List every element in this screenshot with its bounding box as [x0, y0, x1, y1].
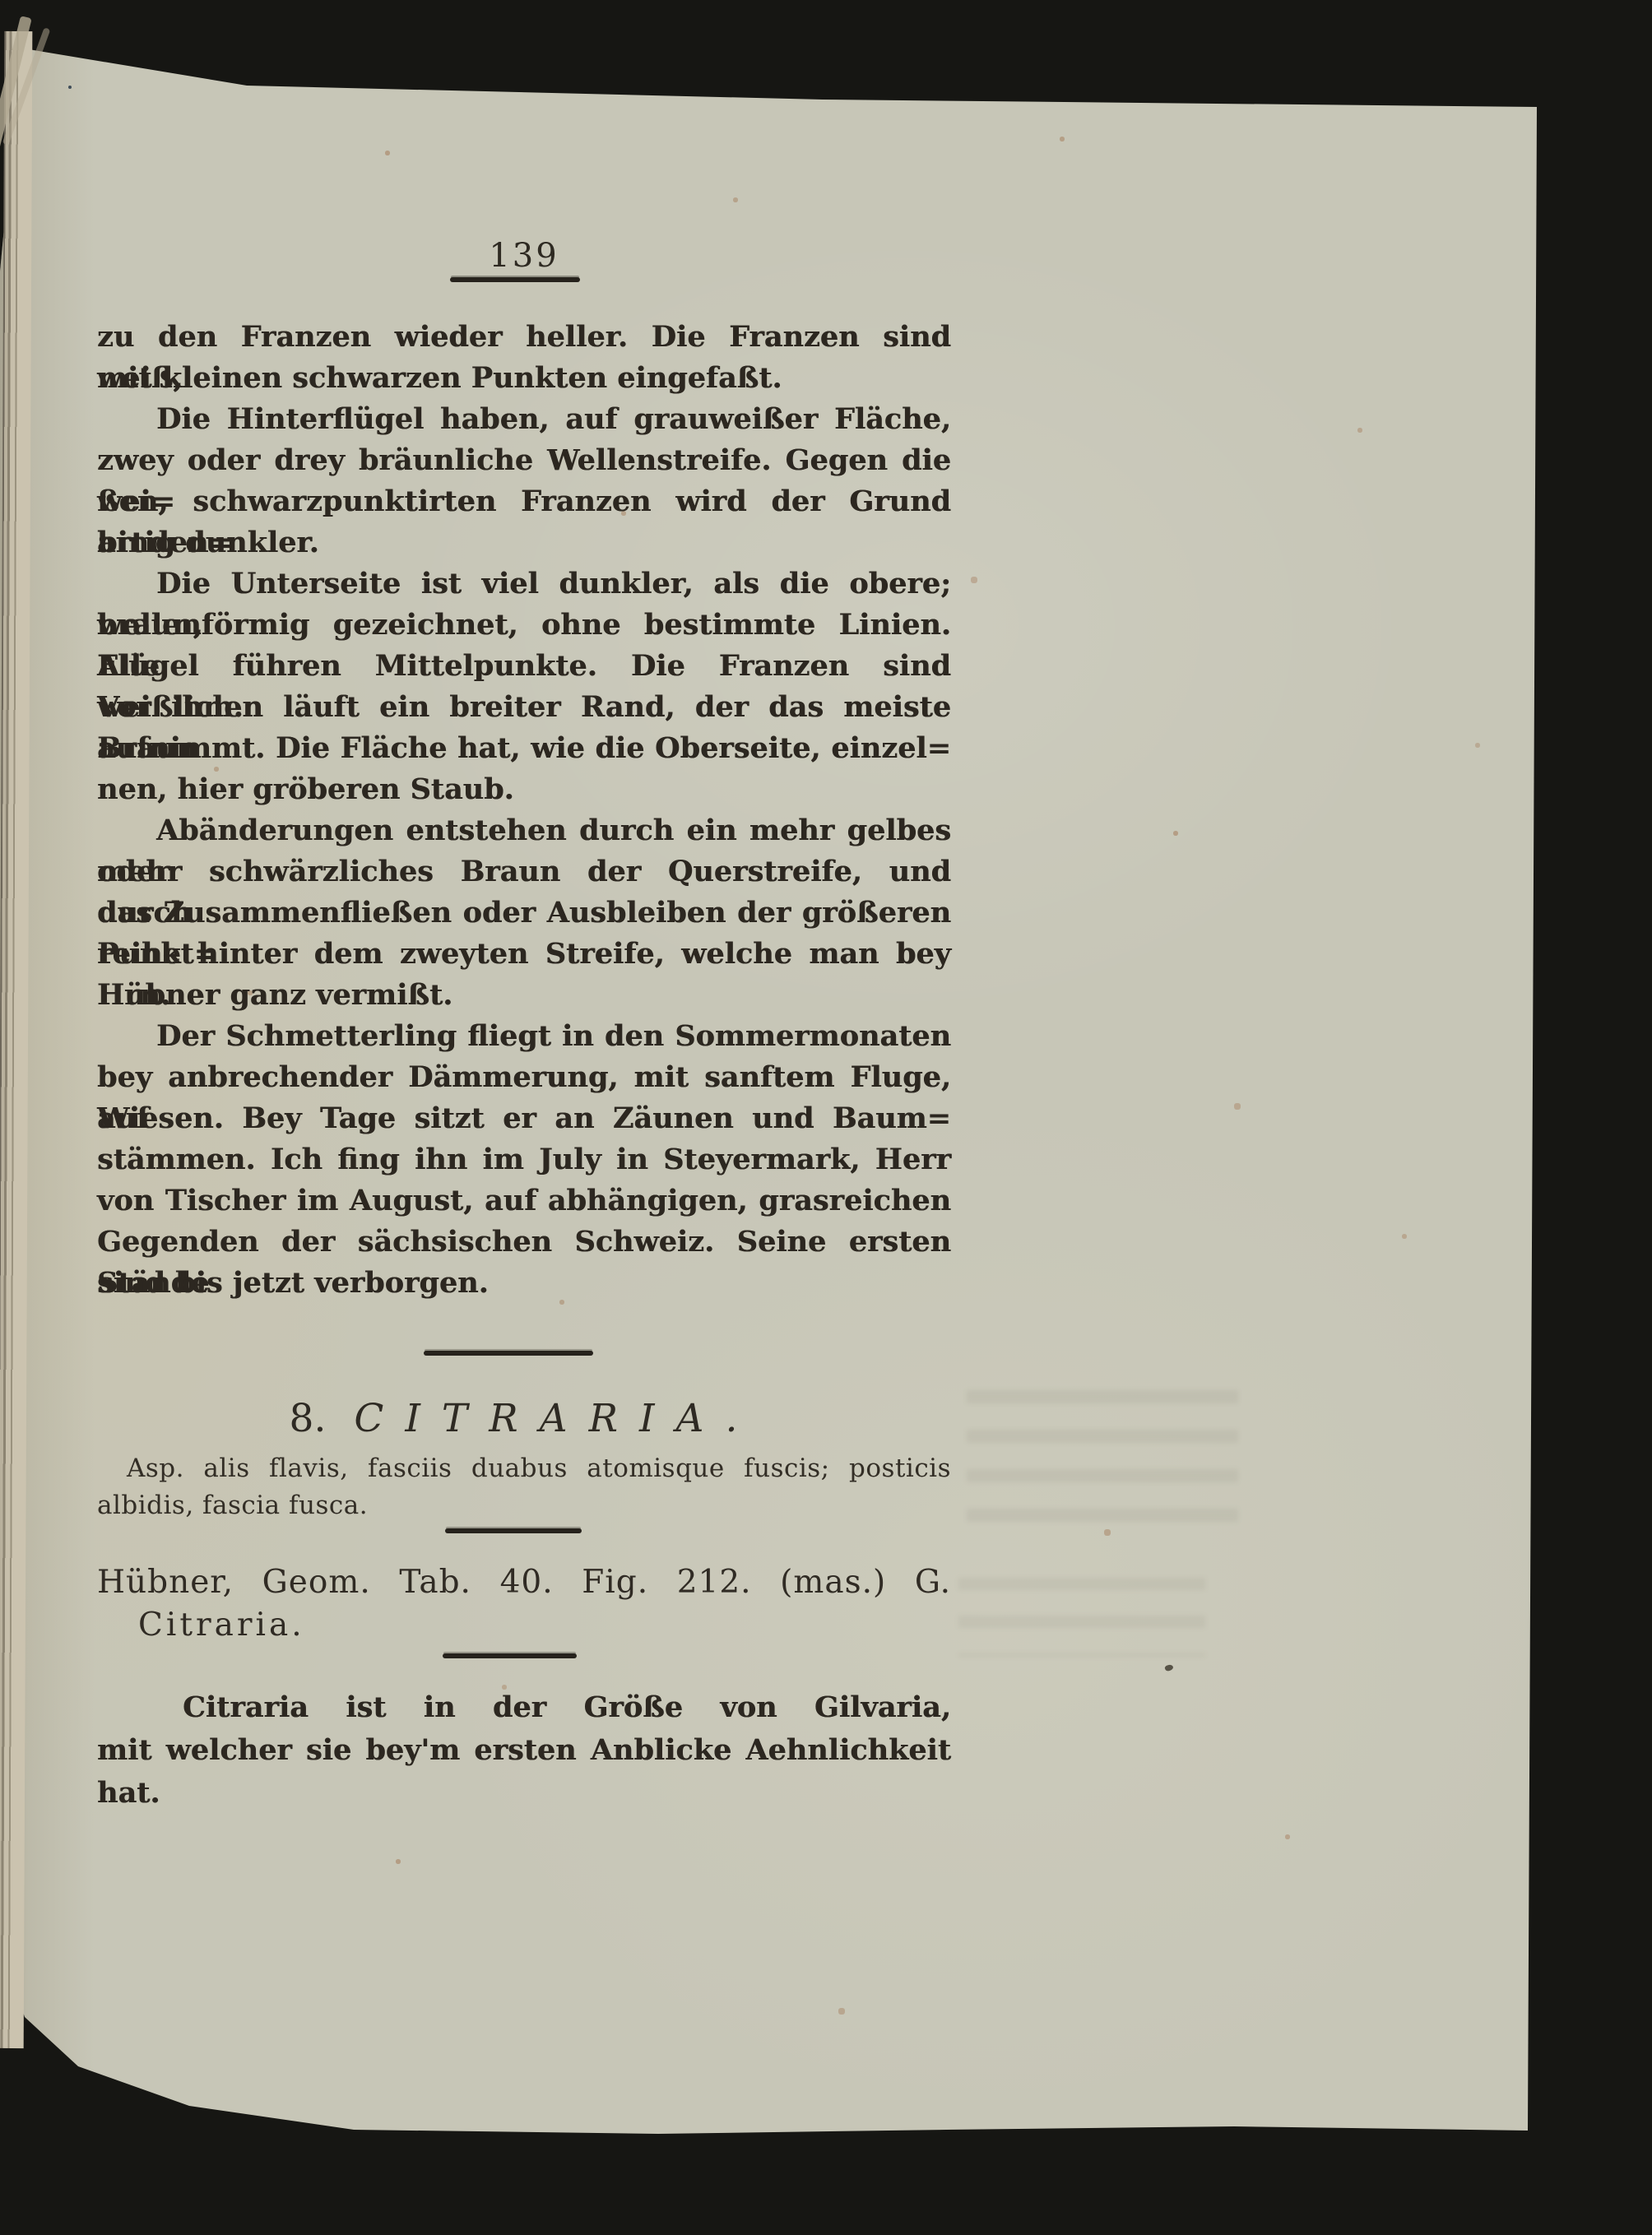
section-divider-rule: [443, 1653, 577, 1658]
book-page: 139 zu den Franzen wieder heller. Die Fr…: [0, 0, 1652, 2235]
body-text-line: artig dunkler.: [97, 522, 951, 563]
species-description: Citraria ist in der Größe von Gilvaria, …: [97, 1686, 951, 1815]
body-text-line: Abänderungen entstehen durch ein mehr ge…: [97, 810, 951, 851]
body-text-line: nen, hier gröberen Staub.: [97, 769, 951, 810]
body-text-line: sind bis jetzt verborgen.: [97, 1263, 951, 1304]
body-text-line: mehr schwärzliches Braun der Querstreife…: [97, 851, 951, 893]
body-text-line: bey anbrechender Dämmerung, mit sanftem …: [97, 1057, 951, 1098]
body-text-line: reihe hinter dem zweyten Streife, welche…: [97, 934, 951, 975]
body-text-line: das Zusammenfließen oder Ausbleiben der …: [97, 893, 951, 934]
literature-reference: Hübner, Geom. Tab. 40. Fig. 212. (mas.) …: [97, 1561, 951, 1647]
body-text-line: Die Unterseite ist viel dunkler, als die…: [97, 563, 951, 605]
latin-diagnosis: Asp. alis flavis, fasciis duabus atomisq…: [97, 1450, 951, 1524]
body-text-line: wellenförmig gezeichnet, ohne bestimmte …: [97, 605, 951, 646]
paper-fibers: [0, 0, 2, 2]
showthrough-ghost: [958, 1578, 1205, 1657]
species-heading: 8.CITRARIA.: [97, 1394, 951, 1444]
ink-speck: [1164, 1664, 1174, 1672]
body-text-line: stämmen. Ich fing ihn im July in Steyerm…: [97, 1139, 951, 1180]
description-line: mit welcher sie bey'm ersten Anblicke Ae…: [97, 1729, 951, 1815]
section-divider-rule: [424, 1351, 593, 1356]
body-text-line: Gegenden der sächsischen Schweiz. Seine …: [97, 1222, 951, 1263]
body-text-line: mit kleinen schwarzen Punkten eingefaßt.: [97, 358, 951, 399]
showthrough-ghost: [967, 1390, 1238, 1534]
body-text-line: von Tischer im August, auf abhängigen, g…: [97, 1180, 951, 1222]
body-text-line: zwey oder drey bräunliche Wellenstreife.…: [97, 440, 951, 481]
species-number: 8.: [290, 1396, 327, 1441]
page-number-rule: [450, 277, 580, 282]
body-text-line: Wiesen. Bey Tage sitzt er an Zäunen und …: [97, 1098, 951, 1139]
body-text-line: Vor ihnen läuft ein breiter Rand, der da…: [97, 687, 951, 728]
text-column: zu den Franzen wieder heller. Die Franze…: [97, 317, 951, 1304]
reference-line: Hübner, Geom. Tab. 40. Fig. 212. (mas.) …: [97, 1561, 951, 1604]
species-name: CITRARIA.: [354, 1396, 759, 1441]
latin-diagnosis-line: Asp. alis flavis, fasciis duabus atomisq…: [97, 1450, 951, 1487]
book-scan: 139 zu den Franzen wieder heller. Die Fr…: [0, 0, 1652, 2235]
body-text-line: Die Hinterflügel haben, auf grauweißer F…: [97, 399, 951, 440]
section-divider-rule: [445, 1528, 582, 1533]
latin-diagnosis-line: albidis, fascia fusca.: [97, 1487, 951, 1524]
body-text-line: aufnimmt. Die Fläche hat, wie die Oberse…: [97, 728, 951, 769]
ink-dot: [68, 86, 72, 89]
page-number: 139: [489, 237, 559, 275]
body-text-line: Flügel führen Mittelpunkte. Die Franzen …: [97, 646, 951, 687]
description-line: Citraria ist in der Größe von Gilvaria,: [97, 1686, 951, 1729]
body-text-line: Hübner ganz vermißt.: [97, 975, 951, 1016]
body-text-line: zu den Franzen wieder heller. Die Franze…: [97, 317, 951, 358]
body-text-line: ßen, schwarzpunktirten Franzen wird der …: [97, 481, 951, 522]
reference-line: Citraria.: [97, 1604, 951, 1647]
body-text-line: Der Schmetterling fliegt in den Sommermo…: [97, 1016, 951, 1057]
page-header: 139: [97, 237, 951, 275]
